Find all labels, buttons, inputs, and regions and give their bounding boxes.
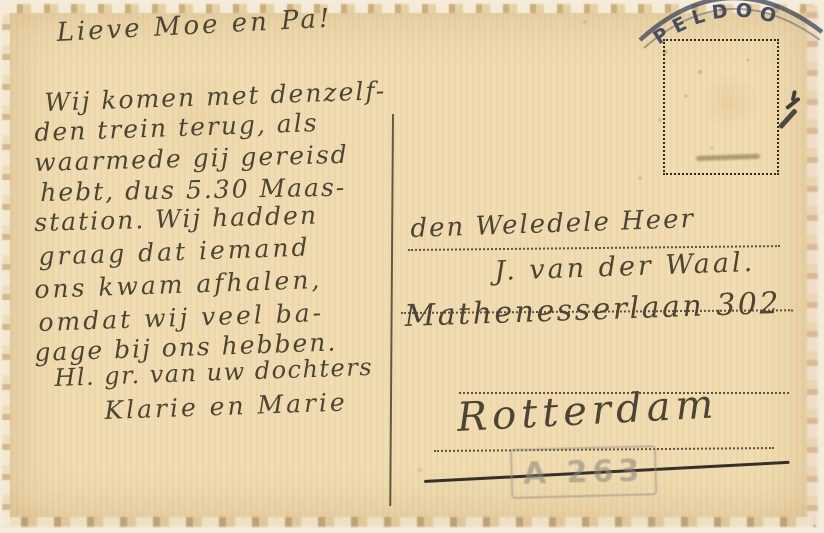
address-recipient-line: den Weledele Heer (410, 206, 695, 242)
postcard-back: Lieve Moe en Pa! Wij komen met denzelf- … (4, 6, 816, 525)
address-street-line: Mathenesserlaan 302 (404, 289, 782, 332)
address-city-line: Rotterdam (456, 384, 719, 438)
torn-edge-right (807, 6, 818, 525)
closing-line-2: Klarie en Marie (104, 390, 348, 423)
postmark-text: PELDOO (649, 0, 785, 49)
sorting-mark-text: A 263 (523, 453, 645, 491)
postcard-scan: Lieve Moe en Pa! Wij komen met denzelf- … (0, 0, 824, 533)
postmark-stamp: PELDOO (642, 2, 824, 64)
torn-edge-left (2, 6, 10, 525)
torn-edge-bottom (4, 517, 816, 527)
ink-blot-3 (778, 108, 797, 129)
divider-line (389, 114, 393, 506)
message-line-5: station. Wij hadden (34, 203, 318, 235)
sorting-mark-stamp: A 263 (510, 445, 657, 499)
address-name-line: J. van der Waal. (494, 249, 756, 285)
message-line-7: ons kwam afhalen, (34, 267, 323, 302)
message-line-3: waarmede gij gereisd (34, 142, 349, 175)
message-line-1: Wij komen met denzelf- (44, 78, 387, 115)
message-line-6: graag dat iemand (38, 235, 311, 269)
